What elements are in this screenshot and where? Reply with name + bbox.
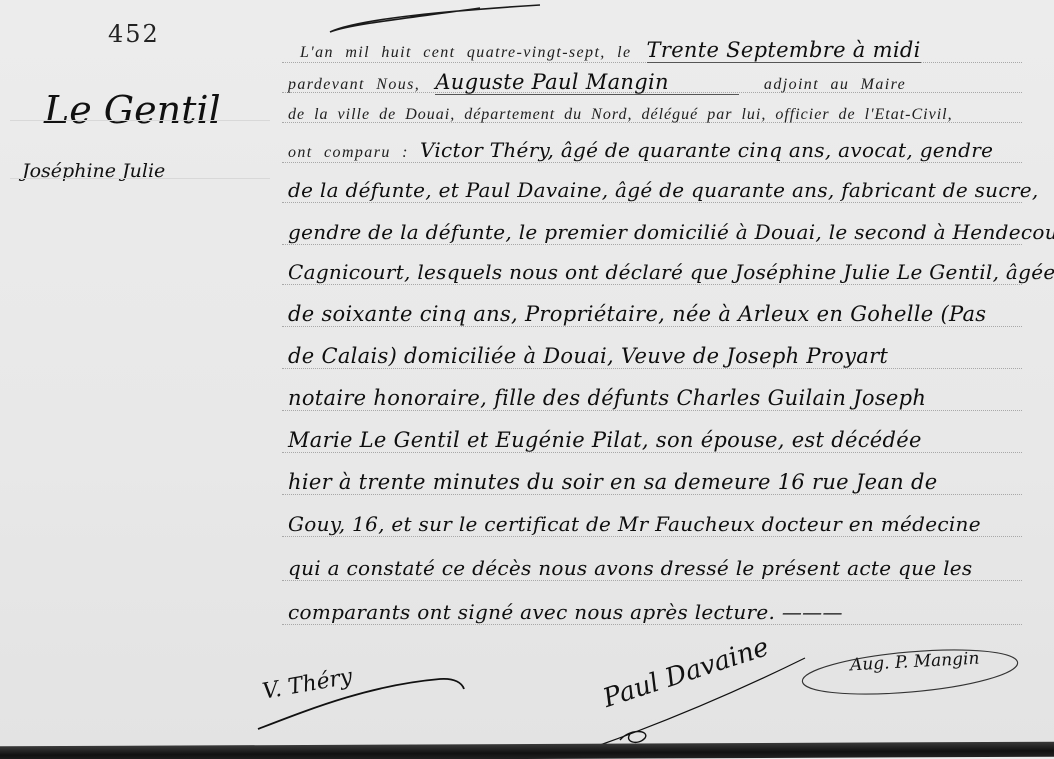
body-line-4: ont comparu : Victor Théry, âgé de quara… (288, 138, 993, 162)
body-line-5: de la défunte, et Paul Davaine, âgé de q… (288, 178, 1039, 202)
handwritten-officer-name: Auguste Paul Mangin (435, 70, 739, 95)
body-line-9: de Calais) domiciliée à Douai, Veuve de … (288, 344, 888, 368)
ruled-line (282, 244, 1022, 245)
ruled-line (282, 494, 1022, 495)
ruled-line (282, 326, 1022, 327)
body-line-13: Gouy, 16, et sur le certificat de Mr Fau… (288, 512, 981, 536)
body-line-12: hier à trente minutes du soir en sa deme… (288, 470, 937, 494)
printed-text: de la ville de Douai, département du Nor… (288, 106, 953, 123)
top-flourish (320, 0, 550, 36)
ruled-line (282, 162, 1022, 163)
ruled-line (282, 452, 1022, 453)
body-line-6: gendre de la défunte, le premier domicil… (288, 220, 1054, 244)
printed-text: ont comparu : (288, 144, 409, 161)
body-line-1: L'an mil huit cent quatre-vingt-sept, le… (300, 38, 921, 62)
ruled-line (282, 536, 1022, 537)
body-line-3: de la ville de Douai, département du Nor… (288, 104, 953, 124)
body-line-14: qui a constaté ce décès nous avons dress… (288, 556, 973, 580)
body-line-10: notaire honoraire, fille des défunts Cha… (288, 386, 926, 410)
body-line-2: pardevant Nous, Auguste Paul Mangin adjo… (288, 70, 906, 94)
printed-text: pardevant Nous, (288, 76, 420, 93)
body-line-8: de soixante cinq ans, Propriétaire, née … (288, 302, 986, 326)
ruled-line (282, 624, 1022, 625)
registry-number: 452 (108, 20, 160, 48)
ruled-line (282, 580, 1022, 581)
ruled-line (282, 284, 1022, 285)
body-line-11: Marie Le Gentil et Eugénie Pilat, son ép… (288, 428, 922, 452)
printed-text: L'an mil huit cent quatre-vingt-sept, le (300, 44, 631, 61)
margin-rule (10, 120, 270, 121)
signature-davaine-flourish (590, 650, 810, 750)
body-line-7: Cagnicourt, lesquels nous ont déclaré qu… (288, 260, 1054, 284)
handwritten-date: Trente Septembre à midi (647, 38, 921, 63)
handwritten-text: Victor Théry, âgé de quarante cinq ans, … (420, 138, 993, 162)
signature-mangin-flourish (790, 640, 1030, 700)
ruled-line (282, 410, 1022, 411)
ruled-line (282, 368, 1022, 369)
body-line-15: comparants ont signé avec nous après lec… (288, 600, 843, 624)
ruled-line (282, 202, 1022, 203)
signature-thery-flourish (250, 665, 470, 735)
register-page: 452 Le Gentil Joséphine Julie L'an mil h… (0, 0, 1054, 748)
printed-text: adjoint au Maire (764, 76, 906, 93)
margin-rule (10, 178, 270, 179)
margin-surname: Le Gentil (44, 88, 221, 132)
